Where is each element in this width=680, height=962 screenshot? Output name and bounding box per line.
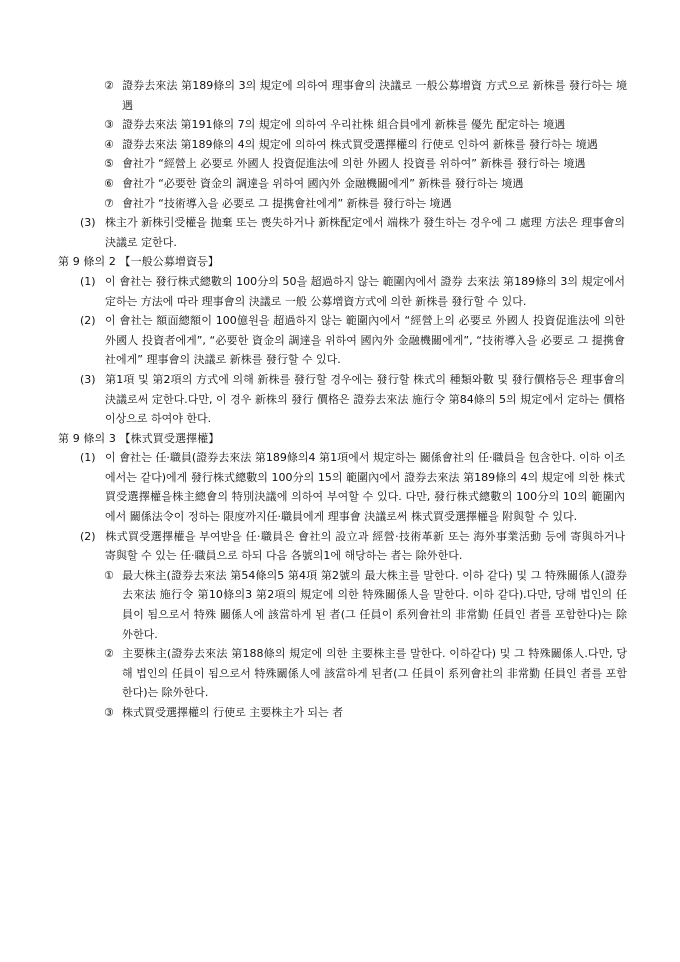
paragraph: (3)第1項 및 第2項의 方式에 의해 新株를 發行할 경우에는 發行할 株式… [0,370,625,429]
list-item: ①最大株主(證券去來法 第54條의5 第4項 第2號의 最大株主를 말한다. 이… [0,566,627,644]
paragraph-marker: (1) [80,448,105,468]
item-text: 證券去來法 第189條의 3의 規定에 의하여 理事會의 決議로 一般公募增資 … [122,79,627,112]
paragraph: (3)株主가 新株引受權을 抛棄 또는 喪失하거나 新株配定에서 端株가 發生하… [0,213,625,252]
paragraph-marker: (1) [80,272,105,292]
item-text: 最大株主(證券去來法 第54條의5 第4項 第2號의 最大株主를 말한다. 이하… [122,569,627,641]
paragraph: (1)이 會社는 任·職員(證券去來法 第189條의4 第1項에서 規定하는 關… [0,448,625,526]
list-item: ⑤會社가 “經營上 必要로 外國人 投資促進法에 의한 外國人 投資를 위하여”… [0,154,627,174]
item-marker: ⑥ [104,174,122,194]
paragraph-text: 이 會社는 任·職員(證券去來法 第189條의4 第1項에서 規定하는 關係會社… [105,451,625,523]
item-marker: ② [104,76,122,96]
item-text: 主要株主(證券去來法 第188條의 規定에 의한 主要株主를 말한다. 이하같다… [122,647,627,699]
paragraph-marker: (3) [80,213,105,233]
paragraph-text: 이 會社는 額面總額이 100億원을 超過하지 않는 範圍內에서 “經營上의 必… [105,314,625,366]
paragraph-text: 第1項 및 第2項의 方式에 의해 新株를 發行할 경우에는 發行할 株式의 種… [105,373,625,425]
paragraph-marker: (2) [80,527,105,547]
item-text: 證券去來法 第191條의 7의 規定에 의하여 우리社株 組合員에게 新株를 優… [122,118,565,131]
list-item: ③證券去來法 第191條의 7의 規定에 의하여 우리社株 組合員에게 新株를 … [0,115,627,135]
item-text: 會社가 “必要한 資金의 調達을 위하여 國內外 金融機關에게” 新株를 發行하… [122,177,523,190]
paragraph-text: 이 會社는 發行株式總數의 100分의 50을 超過하지 않는 範圍內에서 證券… [105,275,625,308]
paragraph-marker: (3) [80,370,105,390]
list-item: ④證券去來法 第189條의 4의 規定에 의하여 株式買受選擇權의 行使로 인하… [0,135,627,155]
item-marker: ⑦ [104,194,122,214]
article-heading: 第 9 條의 2 【一般公募增資등】 [0,252,680,272]
list-item: ⑦會社가 “技術導入을 必要로 그 提携會社에게” 新株를 發行하는 境遇 [0,194,627,214]
item-marker: ③ [104,703,122,723]
item-marker: ① [104,566,122,586]
item-text: 株式買受選擇權의 行使로 主要株主가 되는 者 [122,706,343,719]
item-text: 會社가 “技術導入을 必要로 그 提携會社에게” 新株를 發行하는 境遇 [122,197,452,210]
item-marker: ② [104,644,122,664]
item-text: 會社가 “經營上 必要로 外國人 投資促進法에 의한 外國人 投資를 위하여” … [122,157,585,170]
paragraph: (2)株式買受選擇權을 부여받을 任·職員은 會社의 設立과 經營·技術革新 또… [0,527,625,566]
list-item: ②主要株主(證券去來法 第188條의 規定에 의한 主要株主를 말한다. 이하같… [0,644,627,703]
item-marker: ③ [104,115,122,135]
article-heading: 第 9 條의 3 【株式買受選擇權】 [0,429,680,449]
item-marker: ⑤ [104,154,122,174]
item-text: 證券去來法 第189條의 4의 規定에 의하여 株式買受選擇權의 行使로 인하여… [122,138,598,151]
list-item: ③株式買受選擇權의 行使로 主要株主가 되는 者 [0,703,627,723]
list-item: ⑥會社가 “必要한 資金의 調達을 위하여 國內外 金融機關에게” 新株를 發行… [0,174,627,194]
paragraph-marker: (2) [80,311,105,331]
paragraph: (1)이 會社는 發行株式總數의 100分의 50을 超過하지 않는 範圍內에서… [0,272,625,311]
paragraph: (2)이 會社는 額面總額이 100億원을 超過하지 않는 範圍內에서 “經營上… [0,311,625,370]
document-page: ②證券去來法 第189條의 3의 規定에 의하여 理事會의 決議로 一般公募增資… [0,76,680,723]
paragraph-text: 株式買受選擇權을 부여받을 任·職員은 會社의 設立과 經營·技術革新 또는 海… [105,530,625,563]
paragraph-text: 株主가 新株引受權을 抛棄 또는 喪失하거나 新株配定에서 端株가 發生하는 경… [105,216,625,249]
list-item: ②證券去來法 第189條의 3의 規定에 의하여 理事會의 決議로 一般公募增資… [0,76,627,115]
item-marker: ④ [104,135,122,155]
